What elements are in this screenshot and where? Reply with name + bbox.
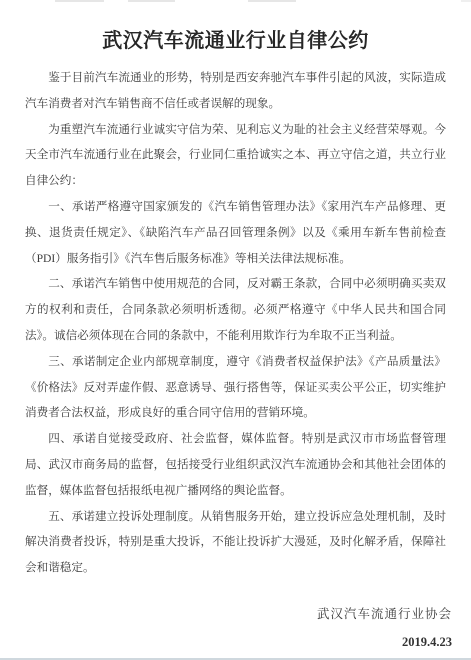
paragraph: 五、承诺建立投诉处理制度。从销售服务开始，建立投诉应急处理机制，及时解决消费者投… bbox=[25, 504, 446, 581]
top-edge-artifact bbox=[461, 0, 471, 2]
signature-block: 武汉汽车流通行业协会 2019.4.23 bbox=[317, 606, 452, 650]
paragraph: 二、承诺汽车销售中使用规范的合同，反对霸王条款，合同中必须明确买卖双方的权利和责… bbox=[25, 271, 446, 348]
signature-organization: 武汉汽车流通行业协会 bbox=[317, 606, 452, 622]
document-body: 鉴于目前汽车流通业的形势，特别是西安奔驰汽车事件引起的风波，实际造成汽车消费者对… bbox=[25, 65, 446, 581]
paragraph: 鉴于目前汽车流通业的形势，特别是西安奔驰汽车事件引起的风波，实际造成汽车消费者对… bbox=[25, 65, 446, 117]
paragraph: 四、承诺自觉接受政府、社会监督，媒体监督。特别是武汉市市场监督管理局、武汉市商务… bbox=[25, 426, 446, 503]
paragraph: 一、承诺严格遵守国家颁发的《汽车销售管理办法》《家用汽车产品修理、更换、退货责任… bbox=[25, 194, 446, 271]
top-edge-artifact bbox=[128, 0, 175, 2]
top-edge-artifact bbox=[55, 0, 104, 2]
paragraph: 三、承诺制定企业内部规章制度，遵守《消费者权益保护法》《产品质量法》《价格法》反… bbox=[25, 349, 446, 426]
document-date: 2019.4.23 bbox=[317, 634, 452, 650]
paragraph: 为重塑汽车流通行业诚实守信为荣、见利忘义为耻的社会主义经营荣辱观。今天全市汽车流… bbox=[25, 117, 446, 194]
top-edge-artifact bbox=[248, 0, 296, 2]
document-title: 武汉汽车流通业行业自律公约 bbox=[0, 27, 471, 56]
document-page: 武汉汽车流通业行业自律公约 鉴于目前汽车流通业的形势，特别是西安奔驰汽车事件引起… bbox=[0, 0, 471, 660]
